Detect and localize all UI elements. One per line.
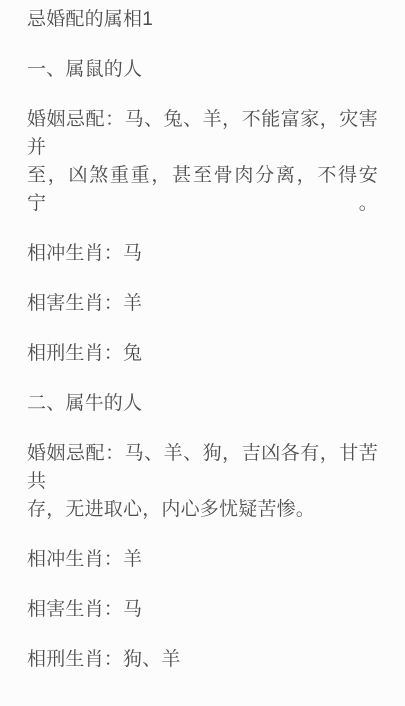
taboo-line: 婚姻忌配：马、羊、狗，吉凶各有，甘苦共 (27, 440, 378, 496)
punishment-sign-line: 相刑生肖：兔 (27, 340, 378, 368)
section-rat: 一、属鼠的人 婚姻忌配：马、兔、羊，不能富家，灾害并 至，凶煞重重，甚至骨肉分离… (27, 56, 378, 368)
page-title: 忌婚配的属相1 (27, 6, 378, 34)
taboo-paragraph: 婚姻忌配：马、兔、羊，不能富家，灾害并 至，凶煞重重，甚至骨肉分离，不得安宁。 (27, 106, 378, 218)
harm-sign-line: 相害生肖：马 (27, 596, 378, 624)
article-page: 忌婚配的属相1 一、属鼠的人 婚姻忌配：马、兔、羊，不能富家，灾害并 至，凶煞重… (0, 0, 405, 706)
taboo-line: 婚姻忌配：马、兔、羊，不能富家，灾害并 (27, 106, 378, 162)
clash-sign-line: 相冲生肖：羊 (27, 546, 378, 574)
taboo-line: 至，凶煞重重，甚至骨肉分离，不得安宁。 (27, 162, 378, 218)
clash-sign-line: 相冲生肖：马 (27, 240, 378, 268)
punishment-sign-line: 相刑生肖：狗、羊 (27, 646, 378, 674)
section-heading: 二、属牛的人 (27, 390, 378, 418)
section-heading: 一、属鼠的人 (27, 56, 378, 84)
harm-sign-line: 相害生肖：羊 (27, 290, 378, 318)
taboo-line: 存，无进取心，内心多忧疑苦惨。 (27, 496, 378, 524)
section-ox: 二、属牛的人 婚姻忌配：马、羊、狗，吉凶各有，甘苦共 存，无进取心，内心多忧疑苦… (27, 390, 378, 674)
taboo-paragraph: 婚姻忌配：马、羊、狗，吉凶各有，甘苦共 存，无进取心，内心多忧疑苦惨。 (27, 440, 378, 524)
